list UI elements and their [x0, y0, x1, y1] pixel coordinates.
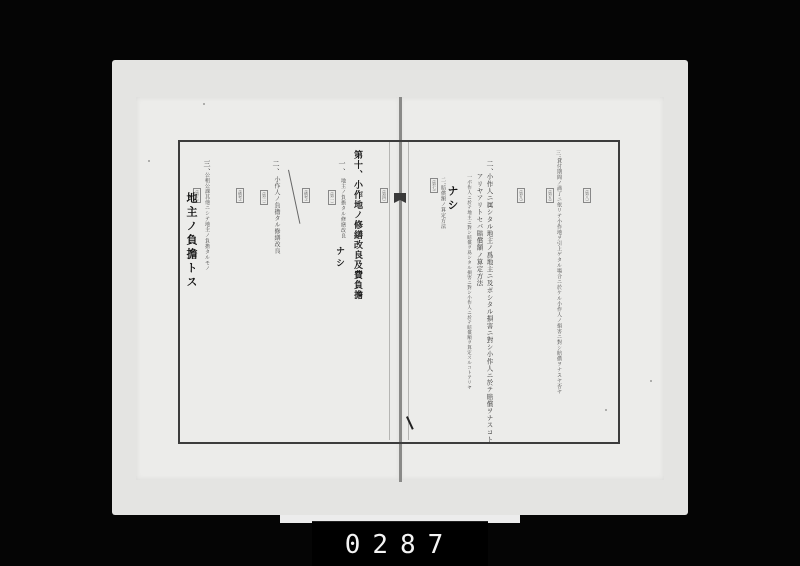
left-item-1-answer-handwritten: ナシ [334, 246, 343, 270]
left-margin-tag: (備考) [302, 188, 310, 203]
right-item-1-number: 三、 [555, 150, 560, 162]
right-margin-tag: (第八) [583, 188, 591, 203]
right-item-4-text: 賠償額ノ算定方法 [440, 185, 445, 229]
left-item-3-answer-handwritten: 地主ノ負擔トス [186, 192, 197, 290]
page-frame-border [178, 140, 620, 444]
right-item-4-tag: (第七) [430, 178, 438, 193]
dust-speck [605, 409, 607, 411]
left-item-2-tag: (第二) [260, 190, 268, 205]
right-item-3-number: 一、 [466, 174, 471, 186]
right-margin-tag: (第九) [517, 188, 525, 203]
frame-counter: 0287 [312, 521, 488, 566]
left-item-1-tag: (第一) [328, 190, 336, 205]
dust-speck [203, 103, 205, 105]
section-title: 第十、小作地ノ修繕改良及費負擔 [352, 150, 361, 300]
left-item-3-text: 公租公課其他ニシテ地主ノ負擔タルモノ [204, 172, 209, 271]
right-item-1-tag: (第五) [546, 188, 554, 203]
left-margin-tag: (第四) [380, 188, 388, 203]
right-item-1-text: 貸付期間ノ満了ニ依リテ小作地ヲ引上ゲタル場合ニ於ケル小作人ノ損害ニ對シ賠償ヲナス… [556, 158, 561, 395]
right-item-2-continuation: アリヤアリトセバ賠償額ノ算定方法 [476, 173, 483, 287]
right-item-2-text: 小作人ニ属シタル地主ノ爲地主ニ及ボシタル損害ニ對シ小作人ニ於テ賠償ヲナスコト [486, 173, 493, 443]
left-margin-tag: (備考) [236, 188, 244, 203]
left-item-2-text: 小作人ノ負擔タル修繕改良 [273, 176, 279, 254]
left-item-1-text: 地主ノ負擔タル修繕改良 [340, 178, 345, 239]
dust-speck [148, 160, 150, 162]
right-item-2-answer-handwritten: ナシ [447, 185, 458, 213]
left-item-2-number: 二、 [272, 160, 279, 176]
frame-number: 0287 [312, 530, 488, 560]
right-item-3-text: 小作人ニ於テ地主ニ對シ賠償ヲ爲シタル損害ニ對シ小作人ニ於テ賠償額ヲ算定スルコトア… [466, 180, 471, 390]
left-item-1-number: 一、 [338, 160, 345, 176]
dust-speck [650, 380, 652, 382]
